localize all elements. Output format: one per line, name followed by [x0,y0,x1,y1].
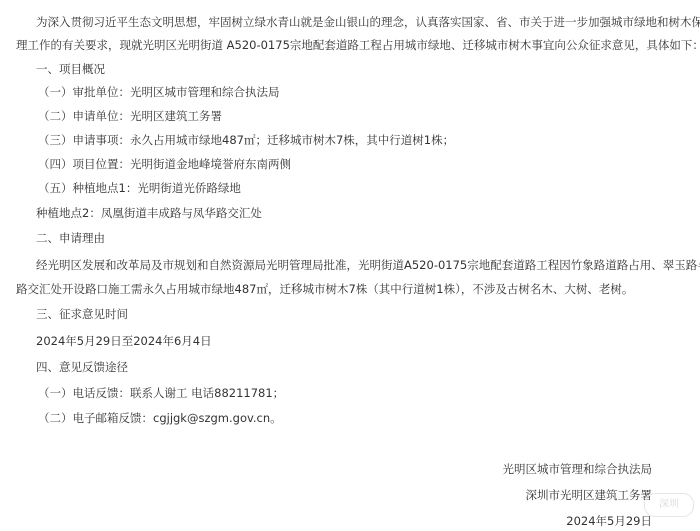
section-3-body: 2024年5月29日至2024年6月4日 [36,334,212,348]
section-1-item-1: （一）审批单位：光明区城市管理和综合执法局 [38,85,280,99]
section-1-extra: 种植地点2：凤凰街道丰成路与凤华路交汇处 [36,206,262,220]
section-2-body-2: 路交汇处开设路口施工需永久占用城市绿地487㎡，迁移城市树木7株（其中行道树1株… [16,282,633,296]
signature-date: 2024年5月29日 [566,514,652,528]
section-3-title: 三、征求意见时间 [36,307,128,321]
section-1-title: 一、项目概况 [36,62,105,76]
section-4-item-2: （二）电子邮箱反馈：cgjjgk@szgm.gov.cn。 [38,411,282,425]
section-4-item-1: （一）电话反馈：联系人谢工 电话88211781； [38,386,284,400]
intro-line-1: 为深入贯彻习近平生态文明思想，牢固树立绿水青山就是金山银山的理念，认真落实国家、… [36,15,700,29]
section-2-body-1: 经光明区发展和改革局及市规划和自然资源局光明管理局批准，光明街道A520-017… [36,258,700,272]
section-4-title: 四、意见反馈途径 [36,360,128,374]
section-1-item-4: （四）项目位置：光明街道金地峰境誉府东南两侧 [38,157,291,171]
section-1-item-3: （三）申请事项：永久占用城市绿地487㎡；迁移城市树木7株，其中行道树1株； [38,133,454,147]
signature-org-2: 深圳市光明区建筑工务署 [526,488,653,502]
watermark-logo: 深圳 [644,493,694,517]
section-1-item-2: （二）申请单位：光明区建筑工务署 [38,109,222,123]
intro-line-2: 理工作的有关要求，现就光明区光明街道 A520-0175宗地配套道路工程占用城市… [16,38,700,52]
signature-org-1: 光明区城市管理和综合执法局 [503,462,653,476]
section-2-title: 二、申请理由 [36,231,105,245]
section-1-item-5: （五）种植地点1：光明街道光侨路绿地 [38,181,241,195]
